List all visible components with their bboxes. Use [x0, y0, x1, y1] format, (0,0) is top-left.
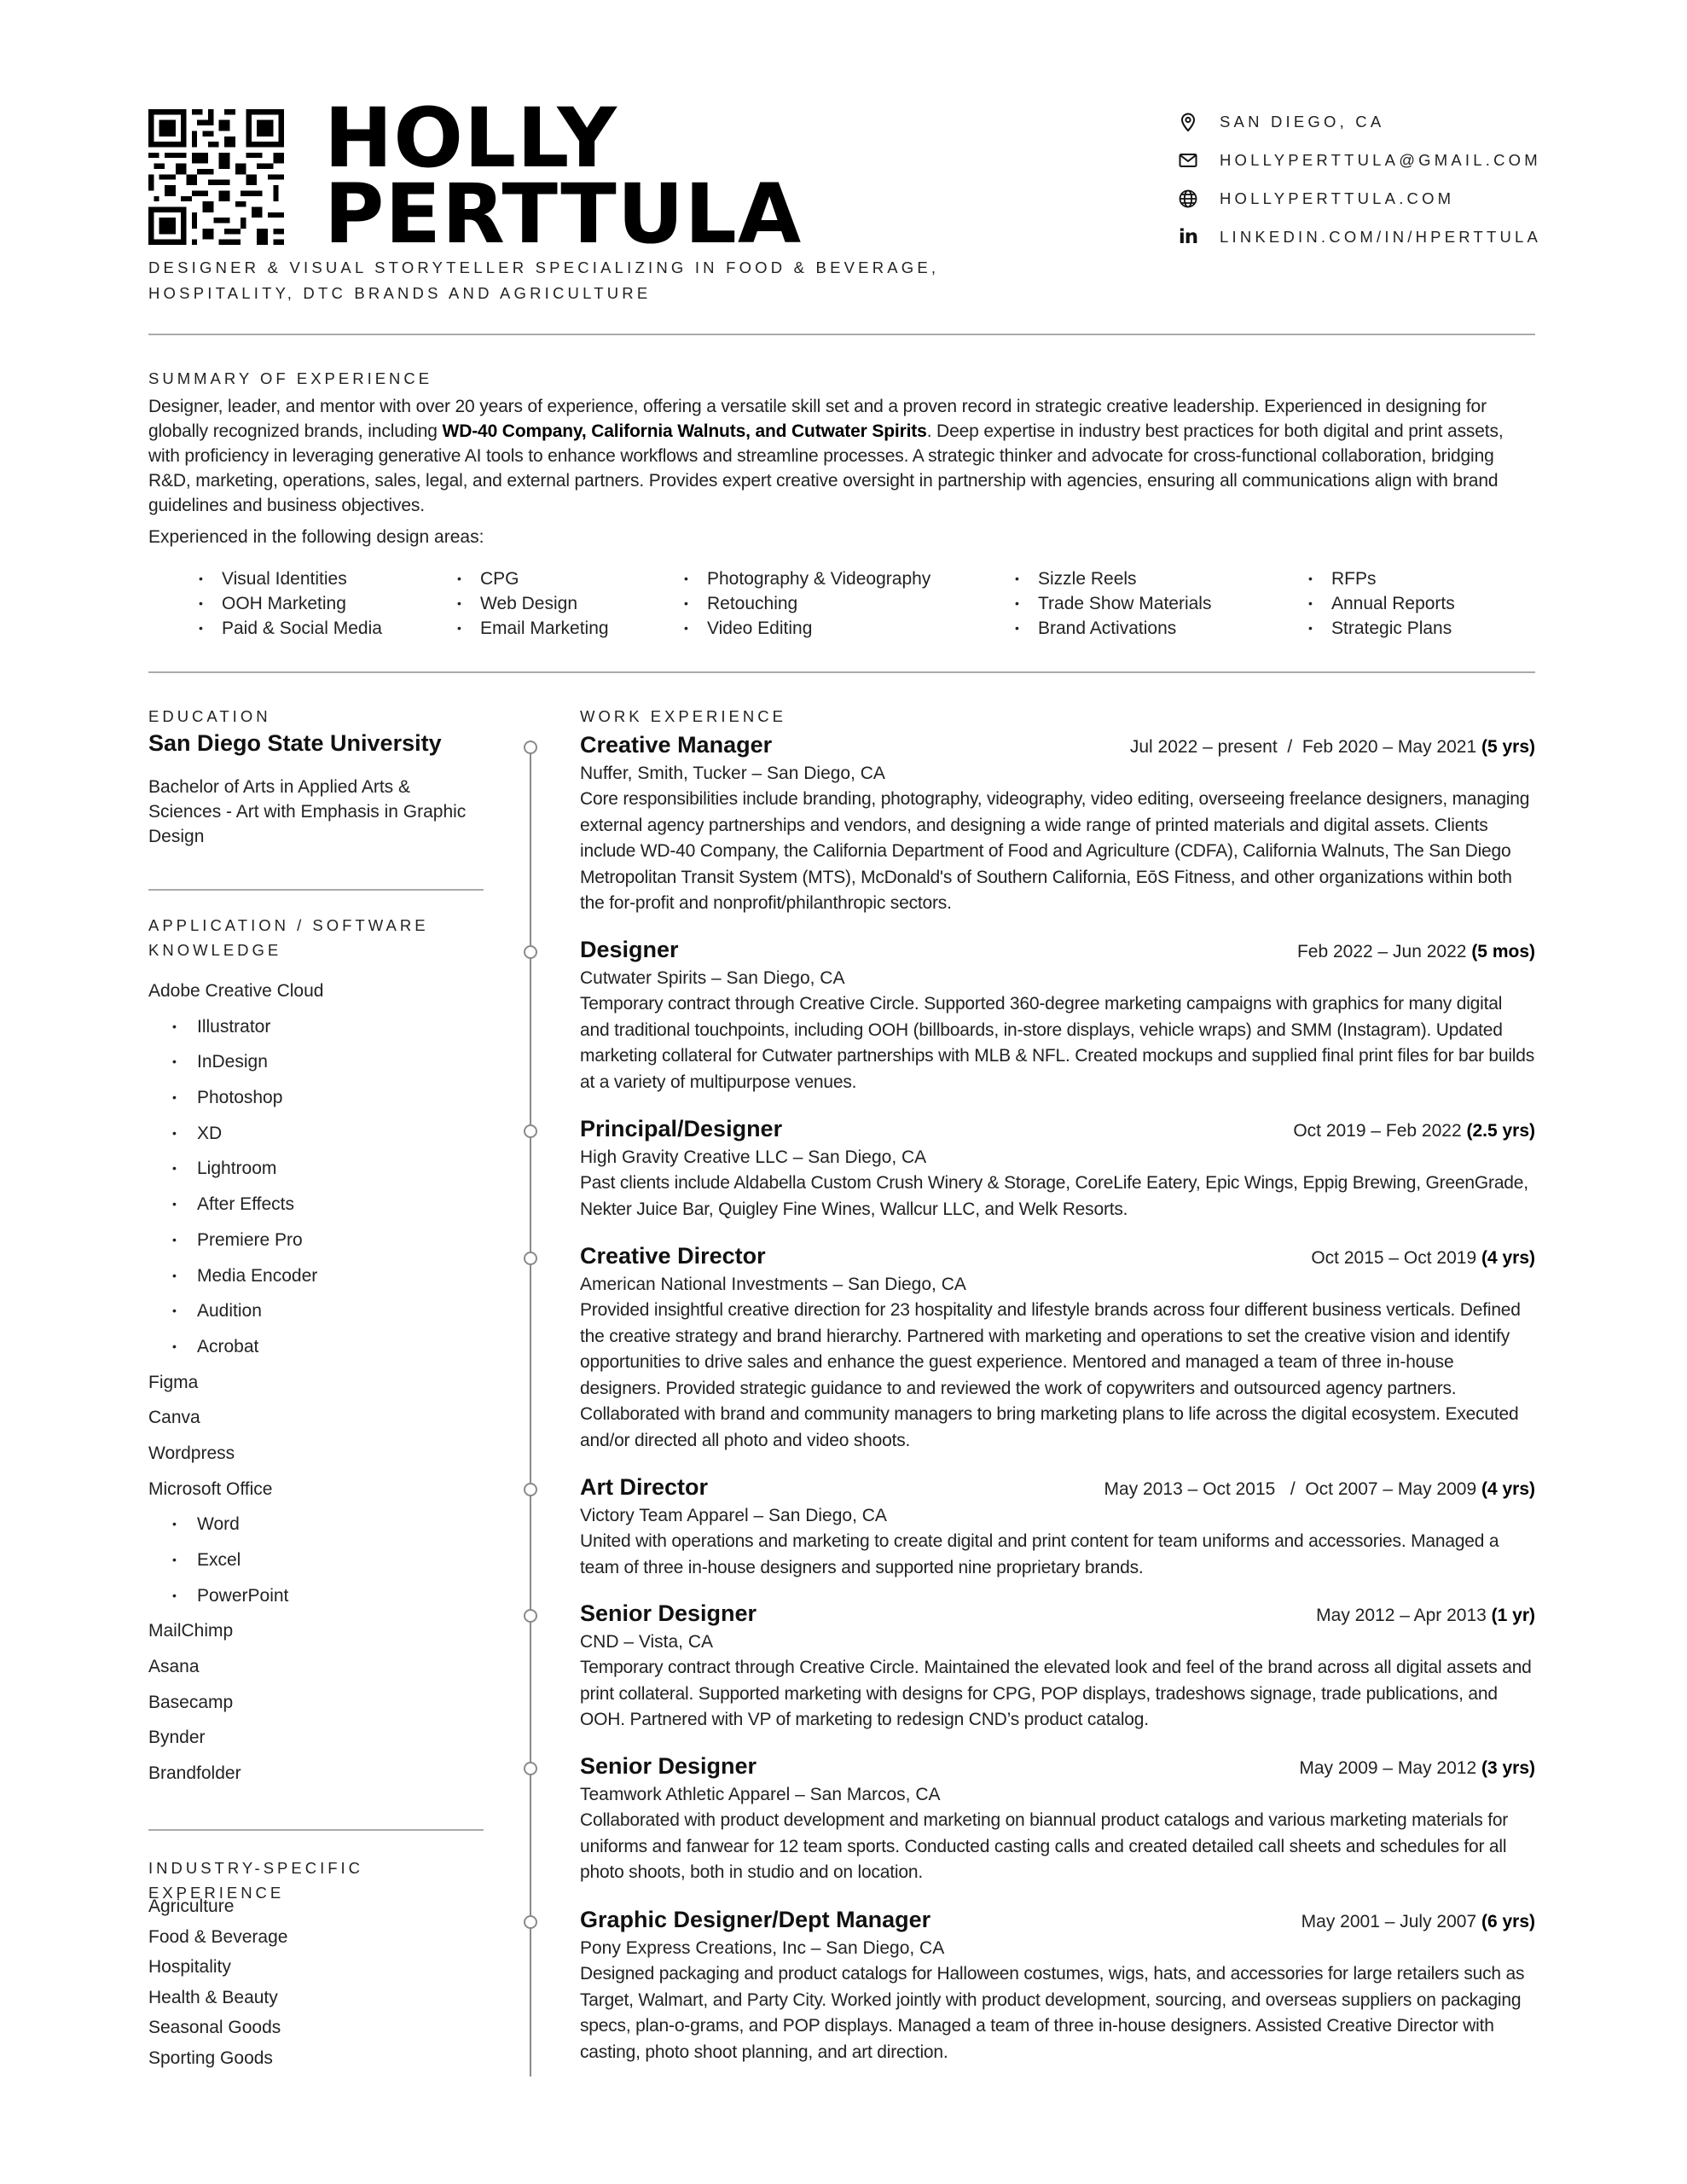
summary-paragraph: Designer, leader, and mentor with over 2…	[148, 394, 1539, 518]
job-title: Art Director	[580, 1474, 708, 1501]
job-dates: May 2012 – Apr 2013 (1 yr)	[1316, 1606, 1535, 1626]
timeline-dot	[524, 1762, 537, 1775]
job-dates: May 2013 – Oct 2015 / Oct 2007 – May 200…	[1104, 1479, 1535, 1500]
contact-linkedin-text[interactable]: LINKEDIN.COM/IN/HPERTTULA	[1220, 228, 1541, 247]
timeline-dot	[524, 741, 537, 754]
job-duration: (4 yrs)	[1481, 1479, 1535, 1499]
software-item: Bynder	[148, 1720, 323, 1756]
software-subitem: Audition	[148, 1293, 323, 1329]
software-item: Brandfolder	[148, 1756, 323, 1792]
software-subitem: Photoshop	[148, 1080, 323, 1116]
job-description: Past clients include Aldabella Custom Cr…	[580, 1170, 1535, 1223]
software-item: Microsoft Office	[148, 1472, 323, 1507]
design-area-item: Sizzle Reels	[1015, 566, 1211, 591]
industry-item: Health & Beauty	[148, 1983, 287, 2013]
timeline-dot	[524, 1609, 537, 1623]
design-area-item: Video Editing	[684, 616, 930, 641]
education-school: San Diego State University	[148, 730, 485, 757]
job-duration: (3 yrs)	[1481, 1758, 1535, 1778]
timeline-dot	[524, 1252, 537, 1265]
job-dates: Oct 2019 – Feb 2022 (2.5 yrs)	[1293, 1121, 1535, 1141]
software-item: Asana	[148, 1649, 323, 1685]
industry-item: Agriculture	[148, 1891, 287, 1922]
industry-item: Seasonal Goods	[148, 2013, 287, 2043]
job-title: Principal/Designer	[580, 1116, 782, 1142]
software-heading: APPLICATION / SOFTWARE KNOWLEDGE	[148, 913, 485, 962]
job-description: United with operations and marketing to …	[580, 1529, 1535, 1581]
software-subitem: InDesign	[148, 1044, 323, 1080]
software-subitem: Premiere Pro	[148, 1223, 323, 1258]
design-area-item: Trade Show Materials	[1015, 591, 1211, 616]
job-company: Nuffer, Smith, Tucker – San Diego, CA	[580, 761, 1535, 787]
job-duration: (4 yrs)	[1481, 1248, 1535, 1268]
software-item: Canva	[148, 1400, 323, 1436]
job-duration: (6 yrs)	[1481, 1912, 1535, 1931]
design-area-item: CPG	[457, 566, 609, 591]
job-dates: Jul 2022 – present / Feb 2020 – May 2021…	[1130, 737, 1535, 758]
summary-divider	[148, 671, 1535, 673]
job-company: Pony Express Creations, Inc – San Diego,…	[580, 1936, 1535, 1961]
job-entry: Art DirectorMay 2013 – Oct 2015 / Oct 20…	[580, 1474, 1535, 1581]
software-subitem: Lightroom	[148, 1151, 323, 1187]
job-company: Victory Team Apparel – San Diego, CA	[580, 1503, 1535, 1529]
software-list: Adobe Creative CloudIllustratorInDesignP…	[148, 973, 323, 1792]
job-entry: Senior DesignerMay 2009 – May 2012 (3 yr…	[580, 1753, 1535, 1886]
job-description: Core responsibilities include branding, …	[580, 787, 1535, 917]
design-area-item: Visual Identities	[199, 566, 382, 591]
contact-location: SAN DIEGO, CA	[1177, 109, 1384, 135]
job-entry: Senior DesignerMay 2012 – Apr 2013 (1 yr…	[580, 1600, 1535, 1734]
timeline-dot	[524, 945, 537, 959]
job-company: Cutwater Spirits – San Diego, CA	[580, 966, 1535, 991]
job-duration: (5 mos)	[1471, 942, 1535, 961]
job-title: Senior Designer	[580, 1753, 757, 1780]
software-subitem: Media Encoder	[148, 1258, 323, 1294]
software-subitem: PowerPoint	[148, 1578, 323, 1614]
design-area-item: Web Design	[457, 591, 609, 616]
design-areas-column: CPG Web Design Email Marketing	[457, 566, 609, 641]
job-entry: Creative DirectorOct 2015 – Oct 2019 (4 …	[580, 1243, 1535, 1454]
summary-heading: SUMMARY OF EXPERIENCE	[148, 367, 432, 392]
design-areas-column: Sizzle Reels Trade Show Materials Brand …	[1015, 566, 1211, 641]
job-company: High Gravity Creative LLC – San Diego, C…	[580, 1145, 1535, 1170]
work-heading: WORK EXPERIENCE	[580, 705, 786, 729]
industry-item: Hospitality	[148, 1952, 287, 1983]
summary-highlight-brands: WD-40 Company, California Walnuts, and C…	[443, 421, 927, 441]
job-entry: Principal/DesignerOct 2019 – Feb 2022 (2…	[580, 1116, 1535, 1223]
job-description: Collaborated with product development an…	[580, 1808, 1535, 1886]
job-description: Temporary contract through Creative Circ…	[580, 1655, 1535, 1734]
job-title: Creative Manager	[580, 732, 772, 758]
design-area-item: Brand Activations	[1015, 616, 1211, 641]
globe-icon	[1177, 188, 1199, 210]
software-divider	[148, 1829, 484, 1831]
linkedin-icon: in	[1177, 226, 1199, 248]
software-subitem: Illustrator	[148, 1009, 323, 1045]
education-degree: Bachelor of Arts in Applied Arts & Scien…	[148, 775, 472, 849]
job-title: Designer	[580, 937, 679, 963]
job-dates: Feb 2022 – Jun 2022 (5 mos)	[1297, 942, 1535, 962]
map-pin-icon	[1177, 111, 1199, 133]
job-duration: (2.5 yrs)	[1466, 1121, 1535, 1141]
contact-linkedin[interactable]: in LINKEDIN.COM/IN/HPERTTULA	[1177, 224, 1541, 250]
design-area-item: Annual Reports	[1308, 591, 1455, 616]
job-dates: Oct 2015 – Oct 2019 (4 yrs)	[1311, 1248, 1535, 1269]
job-description: Temporary contract through Creative Circ…	[580, 991, 1535, 1095]
design-area-item: OOH Marketing	[199, 591, 382, 616]
job-description: Designed packaging and product catalogs …	[580, 1961, 1535, 2065]
education-heading: EDUCATION	[148, 705, 485, 729]
industry-list: Agriculture Food & Beverage Hospitality …	[148, 1891, 287, 2074]
software-item: Wordpress	[148, 1436, 323, 1472]
job-company: CND – Vista, CA	[580, 1629, 1535, 1655]
design-area-item: Email Marketing	[457, 616, 609, 641]
design-area-item: Photography & Videography	[684, 566, 930, 591]
header-divider	[148, 334, 1535, 335]
name-last: PERTTULA	[324, 173, 802, 255]
education-divider	[148, 889, 484, 891]
software-subitem: Excel	[148, 1542, 323, 1578]
design-area-item: Retouching	[684, 591, 930, 616]
timeline-dot	[524, 1124, 537, 1138]
timeline-dot	[524, 1483, 537, 1496]
contact-email[interactable]: HOLLYPERTTULA@GMAIL.COM	[1177, 148, 1541, 173]
tagline-line2: HOSPITALITY, DTC BRANDS AND AGRICULTURE	[148, 286, 651, 302]
job-title: Creative Director	[580, 1243, 766, 1269]
job-duration: (1 yr)	[1492, 1606, 1535, 1625]
software-item: Figma	[148, 1365, 323, 1401]
envelope-icon	[1177, 149, 1199, 171]
contact-website-text[interactable]: HOLLYPERTTULA.COM	[1220, 189, 1454, 208]
software-item: Basecamp	[148, 1685, 323, 1721]
job-dates: May 2009 – May 2012 (3 yrs)	[1299, 1758, 1535, 1779]
job-entry: DesignerFeb 2022 – Jun 2022 (5 mos) Cutw…	[580, 937, 1535, 1095]
timeline-dot	[524, 1915, 537, 1929]
tagline-line1: DESIGNER & VISUAL STORYTELLER SPECIALIZI…	[148, 260, 939, 276]
job-company: American National Investments – San Dieg…	[580, 1272, 1535, 1298]
job-entry: Creative ManagerJul 2022 – present / Feb…	[580, 732, 1535, 917]
design-area-item: RFPs	[1308, 566, 1455, 591]
job-description: Provided insightful creative direction f…	[580, 1298, 1535, 1454]
contact-location-text: SAN DIEGO, CA	[1220, 113, 1384, 131]
industry-item: Sporting Goods	[148, 2043, 287, 2074]
qr-code-icon	[148, 109, 284, 245]
software-item: MailChimp	[148, 1613, 323, 1649]
design-areas-column: Photography & Videography Retouching Vid…	[684, 566, 930, 641]
job-dates: May 2001 – July 2007 (6 yrs)	[1301, 1912, 1535, 1932]
software-subitem: XD	[148, 1116, 323, 1152]
design-area-item: Paid & Social Media	[199, 616, 382, 641]
design-areas-column: Visual Identities OOH Marketing Paid & S…	[199, 566, 382, 641]
contact-email-text[interactable]: HOLLYPERTTULA@GMAIL.COM	[1220, 151, 1541, 170]
software-subitem: After Effects	[148, 1187, 323, 1223]
job-title: Graphic Designer/Dept Manager	[580, 1907, 930, 1933]
design-areas-intro: Experienced in the following design area…	[148, 527, 484, 548]
software-item: Adobe Creative Cloud	[148, 973, 323, 1009]
job-duration: (5 yrs)	[1481, 737, 1535, 757]
industry-item: Food & Beverage	[148, 1922, 287, 1953]
job-title: Senior Designer	[580, 1600, 757, 1627]
software-subitem: Acrobat	[148, 1329, 323, 1365]
job-entry: Graphic Designer/Dept ManagerMay 2001 – …	[580, 1907, 1535, 2065]
contact-website[interactable]: HOLLYPERTTULA.COM	[1177, 186, 1454, 212]
software-subitem: Word	[148, 1507, 323, 1542]
design-areas-column: RFPs Annual Reports Strategic Plans	[1308, 566, 1455, 641]
design-area-item: Strategic Plans	[1308, 616, 1455, 641]
job-company: Teamwork Athletic Apparel – San Marcos, …	[580, 1782, 1535, 1808]
